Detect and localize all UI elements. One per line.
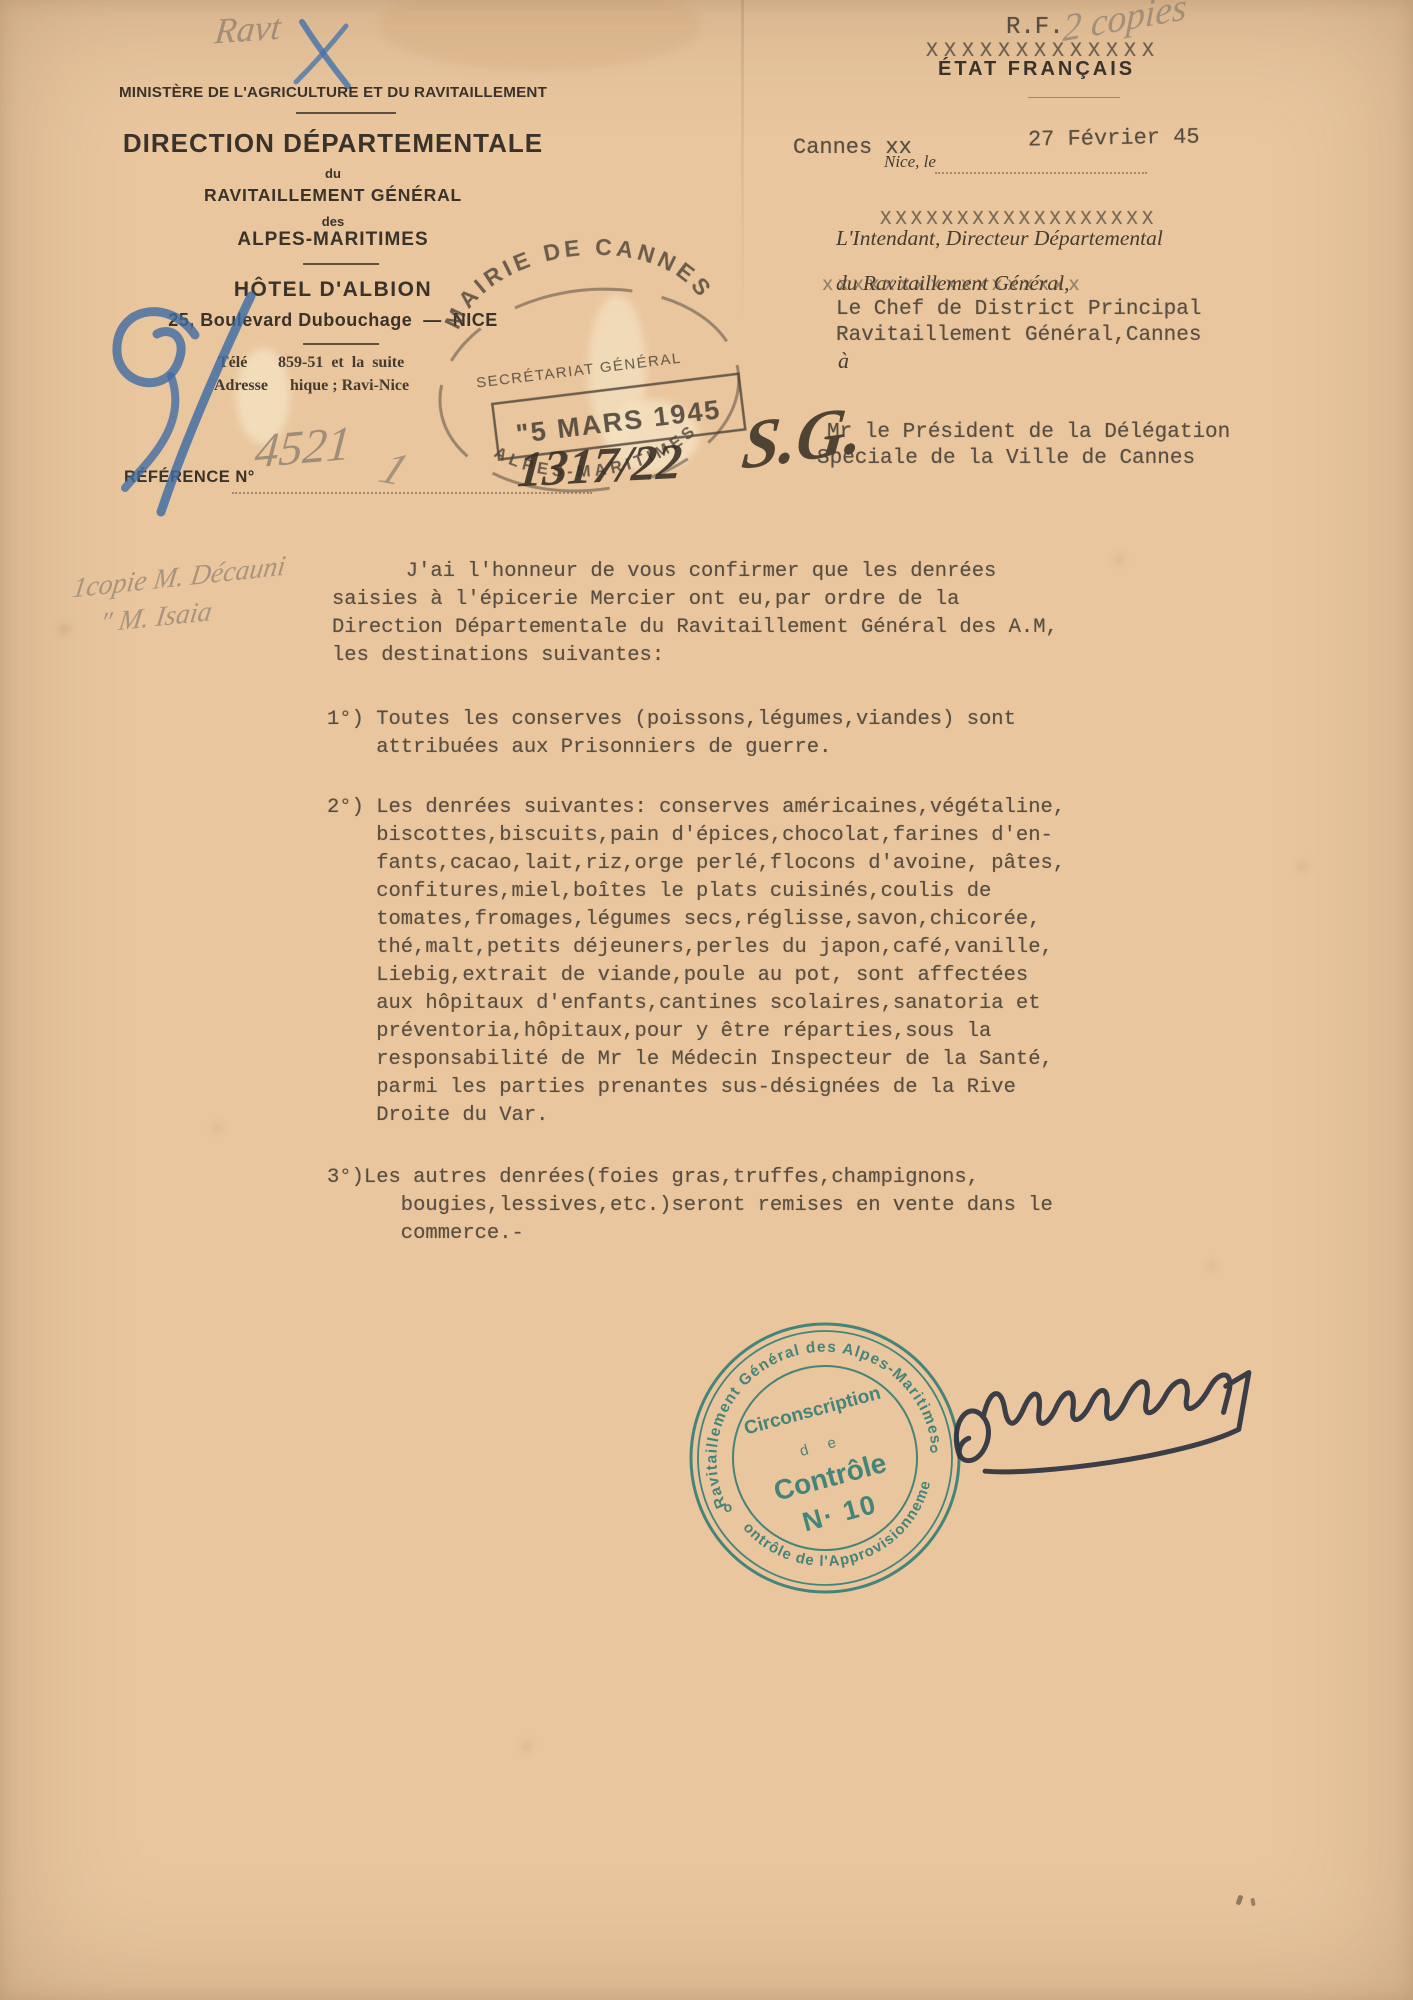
letterhead-phone-value: 859-51 et la suite — [278, 354, 404, 372]
typed-line: parmi les parties prenantes sus-désignée… — [327, 1074, 1065, 1102]
sender-line1: Le Chef de District Principal — [836, 298, 1201, 321]
typed-line: les destinations suivantes: — [332, 642, 1058, 670]
letterhead-department: ALPES-MARITIMES — [98, 229, 568, 251]
typed-line: tomates,fromages,légumes secs,réglisse,s… — [327, 906, 1065, 934]
date-dotted-line — [935, 172, 1147, 174]
body-item-1: 1°) Toutes les conserves (poissons,légum… — [327, 706, 1016, 762]
margin-note-line2: ″ M. Isaia — [98, 596, 214, 640]
divider — [1028, 97, 1120, 98]
divider — [296, 112, 396, 114]
divider — [303, 263, 379, 265]
ink-speck — [1235, 1894, 1243, 1905]
typed-line: 3°)Les autres denrées(foies gras,truffes… — [327, 1164, 1053, 1192]
typed-line: commerce.- — [327, 1220, 1053, 1248]
paper-stain — [60, 625, 69, 634]
letterhead-des: des — [98, 214, 568, 229]
ink-speck — [1250, 1898, 1255, 1907]
date-typed: 27 Février 45 — [1028, 125, 1200, 153]
rf-typed: R.F. — [1006, 14, 1064, 41]
typed-line: saisies à l'épicerie Mercier ont eu,par … — [332, 586, 1058, 614]
letterhead-telegraph-value: hique ; Ravi-Nice — [290, 377, 409, 395]
body-item-3: 3°)Les autres denrées(foies gras,truffes… — [327, 1164, 1053, 1248]
typed-line: fants,cacao,lait,riz,orge perlé,flocons … — [327, 850, 1065, 878]
paper-stain — [380, 0, 700, 70]
paper-stain — [1298, 862, 1306, 870]
round-stamp-arc-bottom: Contrôle de l'Approvisionnement — [629, 1272, 950, 1607]
body-intro-paragraph: J'ai l'honneur de vous confirmer que les… — [332, 558, 1058, 670]
letterhead-du: du — [98, 166, 568, 181]
etat-francais: ÉTAT FRANÇAIS — [938, 58, 1135, 81]
svg-text:Contrôle de l'Approvisionnemen: Contrôle de l'Approvisionnement — [629, 1272, 950, 1607]
typed-line: biscottes,biscuits,pain d'épices,chocola… — [327, 822, 1065, 850]
document-scan: Ravt MINISTÈRE DE L'AGRICULTURE ET DU RA… — [0, 0, 1413, 2000]
typed-line: Droite du Var. — [327, 1102, 1065, 1130]
typed-line: bougies,lessives,etc.)seront remises en … — [327, 1192, 1053, 1220]
typed-line: attribuées aux Prisonniers de guerre. — [327, 734, 1016, 762]
paper-stain — [1208, 1262, 1215, 1269]
round-stamp-center1: Circonscription — [742, 1383, 883, 1440]
typed-line: responsabilité de Mr le Médecin Inspecte… — [327, 1046, 1065, 1074]
recipient-line1: Mr le Président de la Délégation — [827, 421, 1230, 444]
paper-stain — [1116, 556, 1123, 563]
pencil-one-mark: 1 — [372, 442, 417, 496]
to-label-printed: à — [838, 348, 849, 374]
typed-line: Liebig,extrait de viande,poule au pot, s… — [327, 962, 1065, 990]
typed-line: préventoria,hôpitaux,pour y être réparti… — [327, 1018, 1065, 1046]
strike-row-3: xxxxxxxxxxxxxxxxx — [822, 274, 1084, 296]
typed-line: confitures,miel,boîtes le plats cuisinés… — [327, 878, 1065, 906]
paper-stain — [522, 1742, 531, 1751]
date-label-printed: Nice, le — [884, 152, 936, 172]
pencil-note-ravt: Ravt — [213, 5, 283, 52]
letterhead-direction: DIRECTION DÉPARTEMENTALE — [98, 128, 568, 159]
controle-round-stamp: Ravitaillement Général des Alpes-Maritim… — [672, 1305, 978, 1611]
typed-line: Direction Départementale du Ravitailleme… — [332, 614, 1058, 642]
margin-note-line1: 1copie M. Décauni — [70, 550, 287, 605]
round-stamp-center2: d e — [798, 1432, 846, 1460]
body-item-2: 2°) Les denrées suivantes: conserves amé… — [327, 794, 1065, 1130]
typed-line: thé,malt,petits déjeuners,perles du japo… — [327, 934, 1065, 962]
round-stamp-sep-left: o — [721, 1498, 733, 1516]
sender-line2: Ravitaillement Général,Cannes — [836, 324, 1201, 347]
typed-line: 2°) Les denrées suivantes: conserves amé… — [327, 794, 1065, 822]
typed-line: aux hôpitaux d'enfants,cantines scolaire… — [327, 990, 1065, 1018]
blue-x-mark — [288, 18, 368, 92]
divider — [303, 343, 379, 345]
letterhead-service: RAVITAILLEMENT GÉNÉRAL — [98, 185, 568, 206]
recipient-line2: Spéciale de la Ville de Cannes — [817, 447, 1195, 470]
typed-line: J'ai l'honneur de vous confirmer que les… — [332, 558, 1058, 586]
typed-line: 1°) Toutes les conserves (poissons,légum… — [327, 706, 1016, 734]
ink-number-handwritten: 1317/22 — [516, 432, 685, 499]
crossed-intendant-line1: L'Intendant, Directeur Départemental — [836, 226, 1163, 251]
blue-scribble-mark — [75, 290, 275, 525]
signature — [935, 1338, 1294, 1507]
letterhead-ministry: MINISTÈRE DE L'AGRICULTURE ET DU RAVITAI… — [98, 84, 568, 101]
paper-stain — [214, 1124, 221, 1131]
